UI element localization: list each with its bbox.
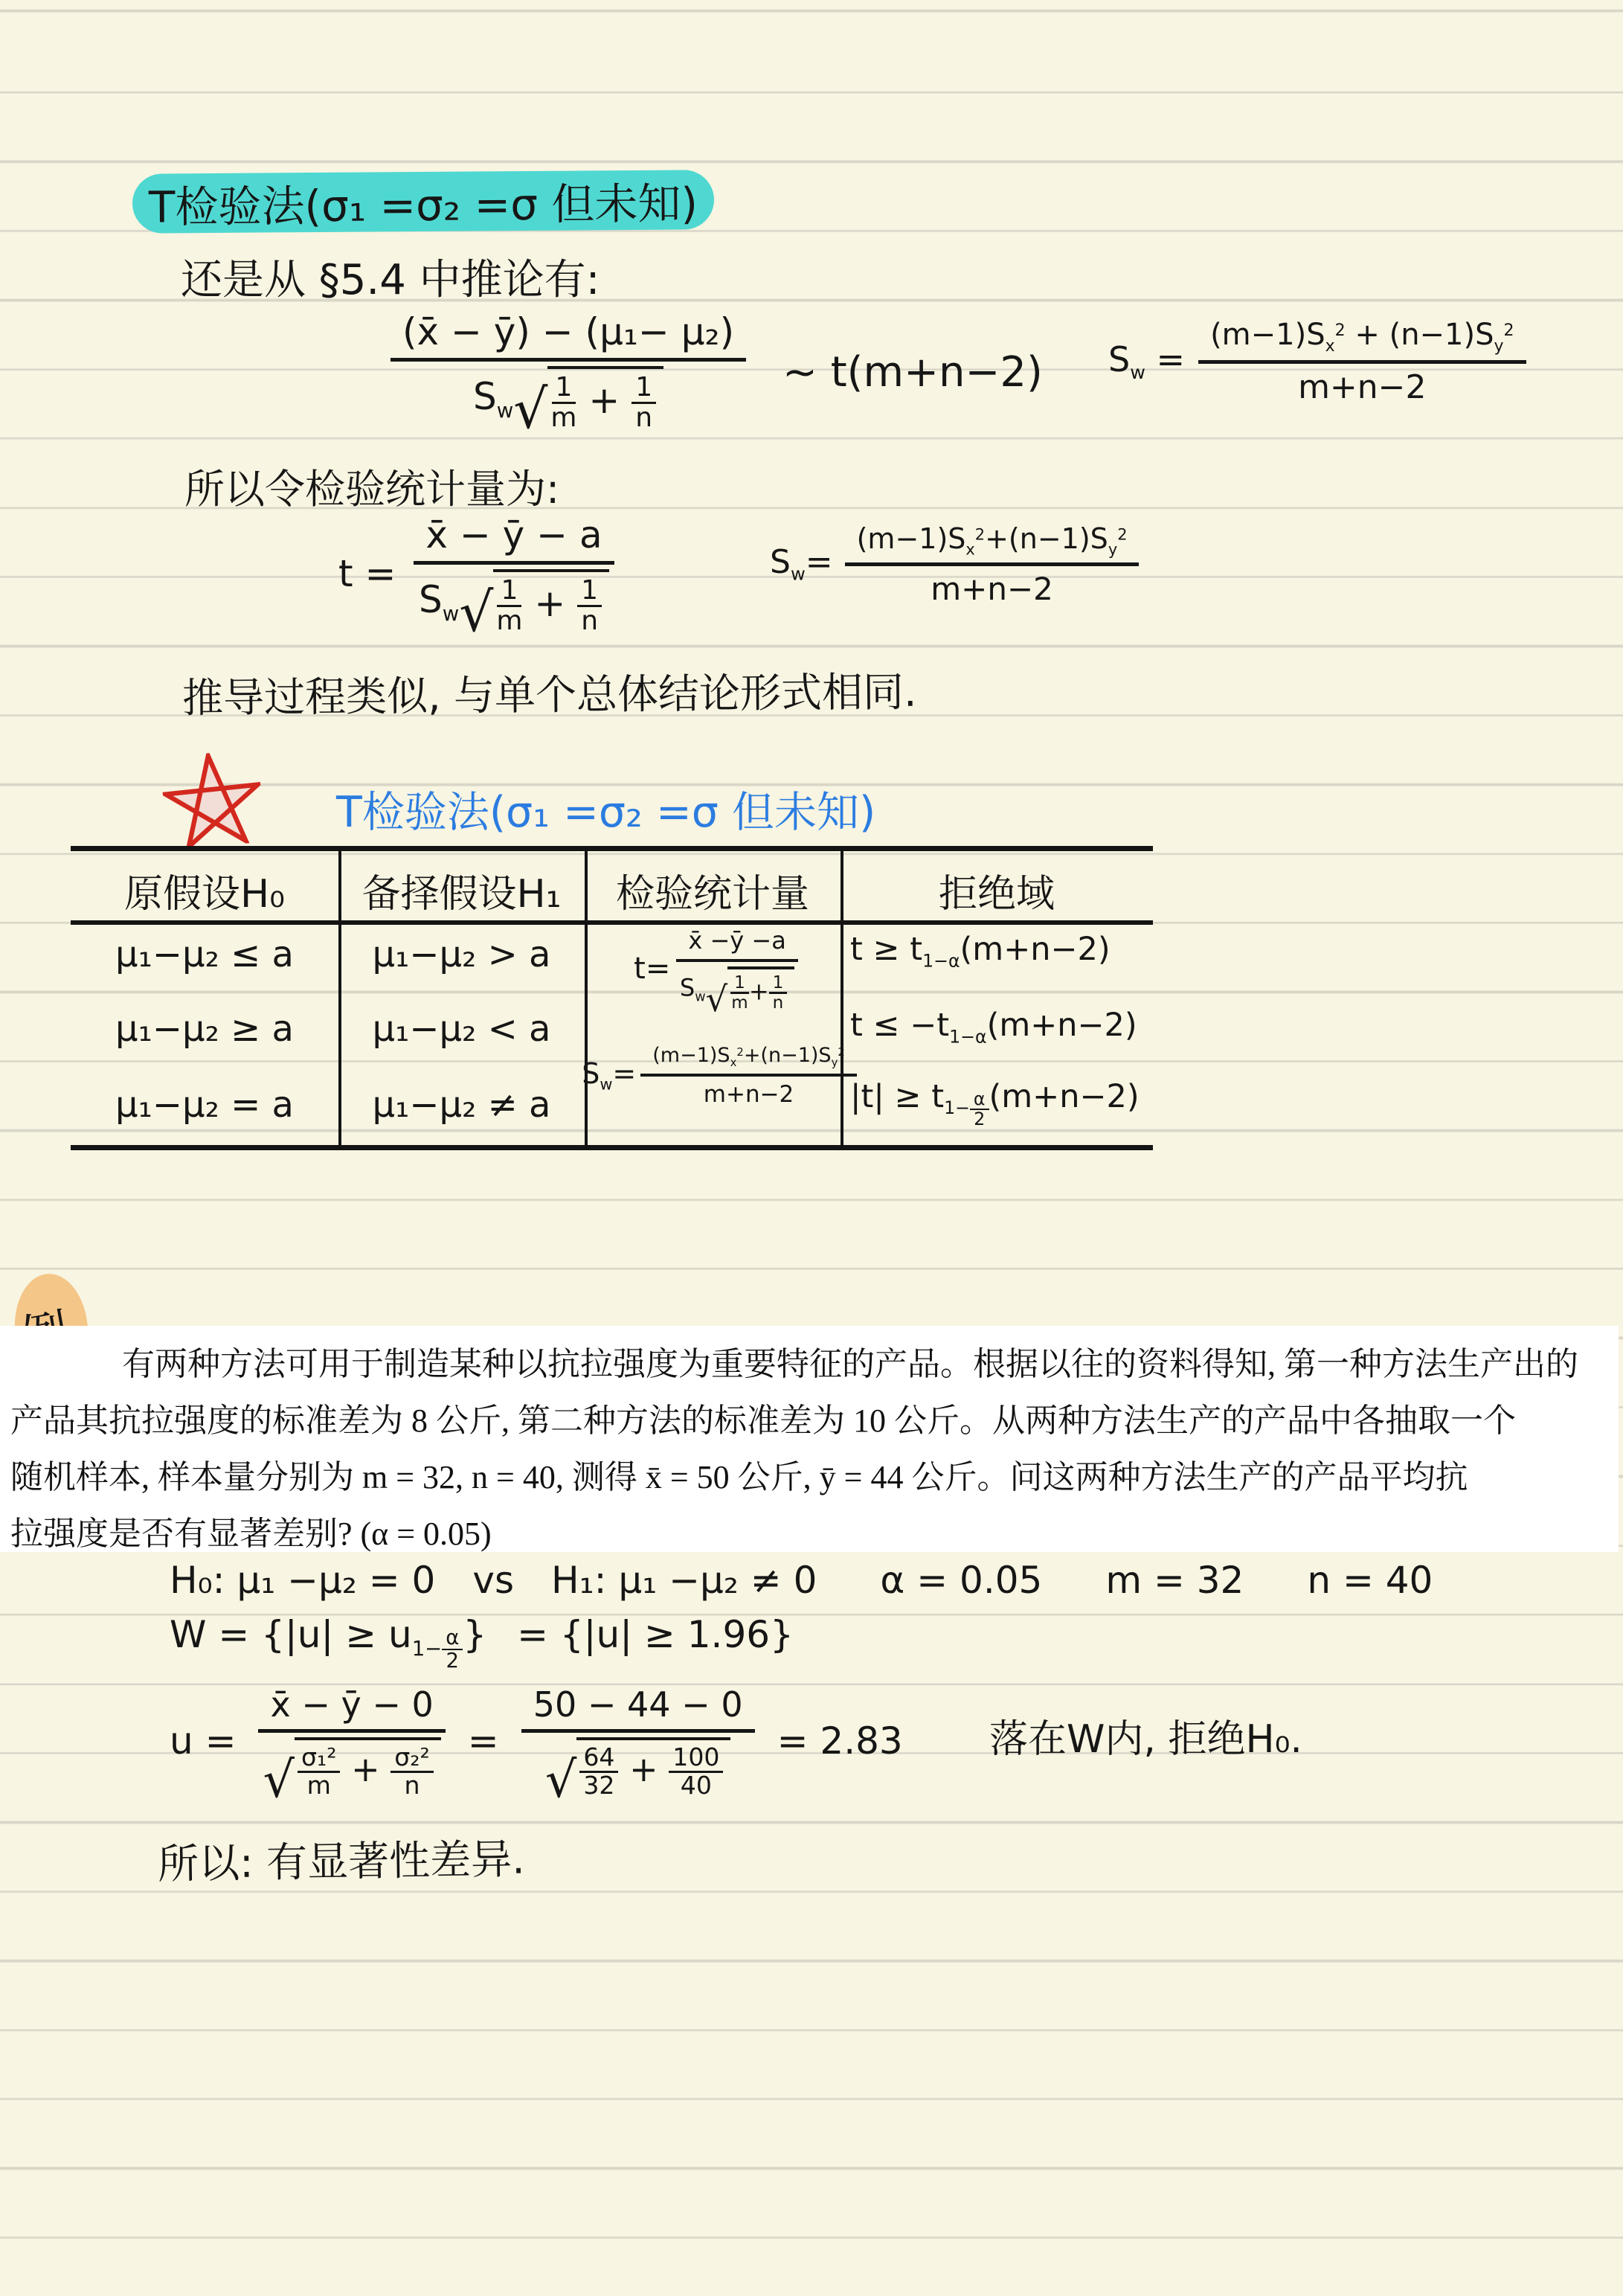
table-t-denominator: Sw√1m+1n [680, 962, 794, 1012]
example-text-line: 拉强度是否有显著差别? (α = 0.05) [10, 1506, 1619, 1562]
u-result: = 2.83 [777, 1719, 903, 1763]
u-denominator-symbolic: √σ₁²m + σ₂²n [263, 1733, 440, 1799]
derive-formula-fraction: (x̄ − ȳ) − (μ₁− μ₂) Sw√1m + 1n [391, 309, 746, 432]
t-statistic-formula: t = x̄ − ȳ − a Sw√1m + 1n [338, 512, 614, 635]
u-numerator-numeric: 50 − 44 − 0 [521, 1683, 755, 1733]
sw2-denominator: m+n−2 [931, 566, 1053, 607]
title-highlight: T检验法(σ₁ =σ₂ =σ 但未知) [132, 170, 715, 233]
hypothesis-table: 原假设H₀ 备择假设H₁ 检验统计量 拒绝域 μ₁−μ₂ ≤ a μ₁−μ₂ ≥… [71, 846, 1153, 1150]
table-t-numerator: x̄ −ȳ −a [676, 925, 797, 962]
example-text-line: 随机样本, 样本量分别为 m = 32, n = 40, 测得 x̄ = 50 … [10, 1449, 1619, 1506]
table-row-h1: μ₁−μ₂ ≠ a [338, 1084, 585, 1126]
solution-rejection-region-line: W = {|u| ≥ u1−α2} = {|u| ≥ 1.96} [170, 1613, 794, 1672]
table-top-border [71, 846, 1153, 851]
example-text-line: 产品其抗拉强度的标准差为 8 公斤, 第二种方法的标准差为 10 公斤。从两种方… [10, 1393, 1619, 1449]
col-header-alt-hypothesis: 备择假设H₁ [338, 862, 585, 918]
t-numerator: x̄ − ȳ − a [414, 512, 614, 565]
solution-decision-note: 落在W内, 拒绝H₀. [989, 1707, 1302, 1763]
u-numerator-symbolic: x̄ − ȳ − 0 [258, 1683, 445, 1733]
derive-numerator: (x̄ − ȳ) − (μ₁− μ₂) [391, 309, 746, 362]
table-bottom-border [71, 1145, 1153, 1150]
table-row-h1: μ₁−μ₂ > a [338, 934, 585, 975]
t-denominator: Sw√1m + 1n [419, 565, 609, 635]
derive-denominator: Sw√1m + 1n [473, 362, 663, 432]
col-header-rejection-region: 拒绝域 [841, 862, 1153, 918]
solution-hypotheses: H₀: μ₁ −μ₂ = 0 vs H₁: μ₁ −μ₂ ≠ 0 [170, 1559, 817, 1602]
equals-sign: = [468, 1719, 499, 1763]
table-reject-region: t ≥ t1−α(m+n−2) [850, 931, 1200, 971]
table-sw-formula: Sw= (m−1)Sx2+(n−1)Sy2 m+n−2 [588, 1042, 850, 1108]
example-text-line: 有两种方法可用于制造某种以抗拉强度为重要特征的产品。根据以往的资料得知, 第一种… [10, 1336, 1619, 1393]
solution-m: m = 32 [1105, 1559, 1244, 1602]
col-header-null-hypothesis: 原假设H₀ [71, 862, 338, 918]
table-row-h1: μ₁−μ₂ < a [338, 1008, 585, 1050]
col-header-test-statistic: 检验统计量 [585, 862, 841, 918]
table-sw-label: Sw= [582, 1057, 636, 1093]
sw-denominator: m+n−2 [1298, 364, 1426, 406]
u-label: u = [170, 1719, 236, 1763]
u-denominator-numeric: √6432 + 10040 [545, 1733, 731, 1799]
table-row-h0: μ₁−μ₂ ≤ a [71, 934, 338, 975]
sw2-label: Sw= [770, 543, 833, 585]
solution-hypotheses-line: H₀: μ₁ −μ₂ = 0 vs H₁: μ₁ −μ₂ ≠ 0 α = 0.0… [170, 1559, 1433, 1602]
sw2-numerator: (m−1)Sx2+(n−1)Sy2 [845, 521, 1140, 566]
table-reject-region: t ≤ −t1−α(m+n−2) [850, 1007, 1200, 1047]
intro-text: 还是从 §5.4 中推论有: [181, 247, 600, 307]
table-sw-numerator: (m−1)Sx2+(n−1)Sy2 [640, 1042, 857, 1077]
solution-alpha: α = 0.05 [880, 1559, 1042, 1602]
notebook-page: T检验法(σ₁ =σ₂ =σ 但未知) 还是从 §5.4 中推论有: (x̄ −… [0, 0, 1623, 2296]
statistic-lead-text: 所以令检验统计量为: [184, 458, 559, 515]
example-problem-box: 有两种方法可用于制造某种以抗拉强度为重要特征的产品。根据以往的资料得知, 第一种… [0, 1326, 1619, 1552]
solution-conclusion: 所以: 有显著性差异. [157, 1827, 525, 1891]
derivation-remark: 推导过程类似, 与单个总体结论形式相同. [182, 659, 917, 725]
table-reject-region: |t| ≥ t1−α2(m+n−2) [850, 1078, 1207, 1129]
sw-numerator: (m−1)Sx2 + (n−1)Sy2 [1198, 316, 1526, 364]
solution-u-calculation: u = x̄ − ȳ − 0 √σ₁²m + σ₂²n = 50 − 44 −… [170, 1683, 903, 1799]
star-icon [159, 748, 266, 851]
table-heading: T检验法(σ₁ =σ₂ =σ 但未知) [336, 778, 875, 839]
table-sw-denominator: m+n−2 [704, 1077, 794, 1108]
table-t-label: t= [634, 952, 670, 986]
t-label: t = [338, 552, 396, 595]
derive-distribution: ∼ t(m+n−2) [782, 348, 1043, 397]
table-row-h0: μ₁−μ₂ = a [71, 1084, 338, 1126]
solution-n: n = 40 [1307, 1559, 1433, 1602]
page-title: T检验法(σ₁ =σ₂ =σ 但未知) [149, 168, 698, 234]
sw-label: Sw = [1108, 339, 1185, 383]
table-row-h0: μ₁−μ₂ ≥ a [71, 1008, 338, 1050]
statistic-sw-formula: Sw= (m−1)Sx2+(n−1)Sy2 m+n−2 [770, 521, 1139, 607]
table-t-statistic: t= x̄ −ȳ −a Sw√1m+1n [591, 925, 841, 1012]
derive-sw-formula: Sw = (m−1)Sx2 + (n−1)Sy2 m+n−2 [1108, 316, 1526, 406]
